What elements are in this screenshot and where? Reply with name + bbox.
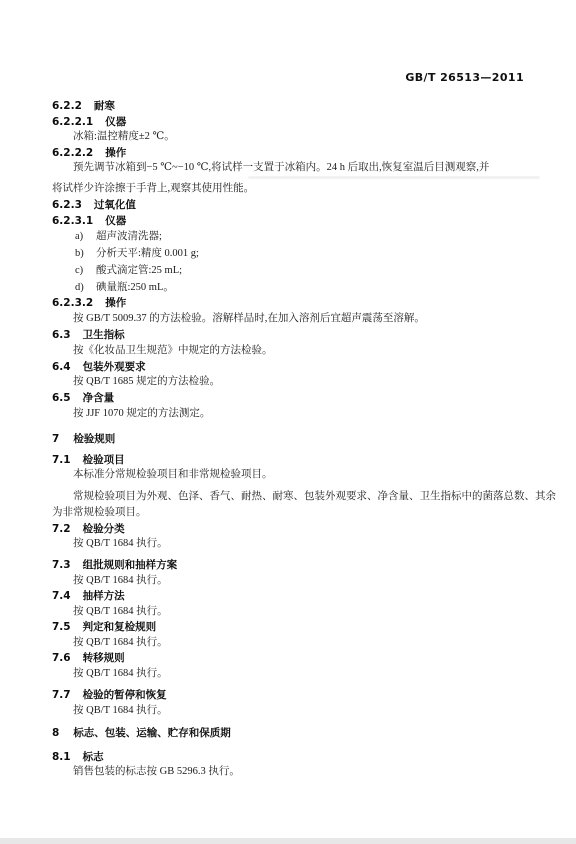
- clause-heading: 6.2.2耐寒: [52, 100, 115, 112]
- clause-heading: 6.2.2.2操作: [52, 147, 126, 159]
- clause-number: 6.2.3: [52, 199, 82, 211]
- paragraph: 按 QB/T 1684 执行。: [73, 538, 168, 550]
- chapter-heading: 7检验规则: [52, 433, 115, 445]
- clause-title: 检验的暂停和恢复: [83, 689, 167, 701]
- paragraph: 冰箱:温控精度±2 ℃。: [73, 131, 175, 143]
- clause-number: 7.7: [52, 689, 71, 701]
- clause-heading: 6.2.2.1仪器: [52, 116, 126, 128]
- list-item-text: 超声波清洗器;: [96, 231, 162, 242]
- paragraph: 按 QB/T 1684 执行。: [73, 575, 168, 587]
- clause-heading: 7.6转移规则: [52, 652, 125, 664]
- clause-number: 7.6: [52, 652, 71, 664]
- clause-heading: 7.1检验项目: [52, 454, 125, 466]
- clause-number: 7: [52, 433, 59, 445]
- clause-title: 抽样方法: [83, 590, 125, 602]
- clause-title: 卫生指标: [83, 329, 125, 341]
- scan-artifact: [248, 176, 540, 179]
- list-marker: d): [75, 282, 96, 294]
- standard-number: GB/T 26513—2011: [405, 71, 524, 84]
- clause-title: 转移规则: [83, 652, 125, 664]
- paragraph: 本标准分常规检验项目和非常规检验项目。: [73, 469, 273, 481]
- clause-heading: 6.4包装外观要求: [52, 361, 146, 373]
- paragraph: 按 QB/T 1684 执行。: [73, 668, 168, 680]
- list-item-text: 碘量瓶:250 mL。: [96, 282, 174, 293]
- paragraph: 按 QB/T 1684 执行。: [73, 705, 168, 717]
- paragraph-continuation: 将试样少许涂擦于手背上,观察其使用性能。: [52, 183, 254, 195]
- clause-title: 过氧化值: [94, 199, 136, 211]
- clause-heading: 6.3卫生指标: [52, 329, 125, 341]
- clause-title: 标志: [83, 751, 104, 763]
- clause-heading: 8.1标志: [52, 751, 104, 763]
- clause-number: 7.3: [52, 559, 71, 571]
- clause-number: 6.5: [52, 392, 71, 404]
- clause-title: 净含量: [83, 392, 115, 404]
- clause-title: 标志、包装、运输、贮存和保质期: [73, 727, 231, 739]
- page-bottom-scan-edge: [0, 838, 576, 844]
- clause-number: 6.2.3.1: [52, 215, 93, 227]
- clause-title: 检验规则: [73, 433, 115, 445]
- clause-heading: 7.7检验的暂停和恢复: [52, 689, 167, 701]
- clause-number: 6.2.2: [52, 100, 82, 112]
- clause-title: 操作: [105, 297, 126, 309]
- paragraph: 按《化妆品卫生规范》中规定的方法检验。: [73, 345, 273, 357]
- list-marker: b): [75, 248, 96, 260]
- chapter-heading: 8标志、包装、运输、贮存和保质期: [52, 727, 231, 739]
- clause-heading: 7.5判定和复检规则: [52, 621, 156, 633]
- clause-heading: 7.3组批规则和抽样方案: [52, 559, 177, 571]
- clause-number: 7.5: [52, 621, 71, 633]
- clause-number: 8: [52, 727, 59, 739]
- clause-title: 耐寒: [94, 100, 115, 112]
- list-item: b)分析天平:精度 0.001 g;: [75, 248, 199, 260]
- clause-number: 6.2.2.1: [52, 116, 93, 128]
- clause-number: 6.4: [52, 361, 71, 373]
- clause-heading: 7.2检验分类: [52, 523, 125, 535]
- clause-title: 包装外观要求: [83, 361, 146, 373]
- clause-heading: 6.2.3.1仪器: [52, 215, 126, 227]
- clause-number: 7.4: [52, 590, 71, 602]
- paragraph: 按 QB/T 1684 执行。: [73, 606, 168, 618]
- clause-heading: 6.2.3过氧化值: [52, 199, 136, 211]
- paragraph: 按 JJF 1070 规定的方法测定。: [73, 408, 210, 420]
- clause-heading: 6.2.3.2操作: [52, 297, 126, 309]
- list-item: c)酸式滴定管:25 mL;: [75, 265, 182, 277]
- paragraph: 按 QB/T 1684 执行。: [73, 637, 168, 649]
- clause-title: 组批规则和抽样方案: [83, 559, 178, 571]
- list-item-text: 酸式滴定管:25 mL;: [96, 265, 182, 276]
- paragraph-continuation: 为非常规检验项目。: [52, 507, 147, 519]
- list-marker: a): [75, 231, 96, 243]
- list-item: d)碘量瓶:250 mL。: [75, 282, 174, 294]
- paragraph: 销售包装的标志按 GB 5296.3 执行。: [73, 766, 240, 778]
- clause-title: 操作: [105, 147, 126, 159]
- clause-number: 6.2.3.2: [52, 297, 93, 309]
- clause-title: 检验项目: [83, 454, 125, 466]
- paragraph: 按 GB/T 5009.37 的方法检验。溶解样品时,在加入溶剂后宜超声震荡至溶…: [73, 313, 425, 325]
- clause-number: 7.2: [52, 523, 71, 535]
- list-item-text: 分析天平:精度 0.001 g;: [96, 248, 199, 259]
- clause-title: 仪器: [105, 215, 126, 227]
- clause-title: 判定和复检规则: [83, 621, 157, 633]
- clause-number: 6.3: [52, 329, 71, 341]
- clause-number: 8.1: [52, 751, 71, 763]
- list-marker: c): [75, 265, 96, 277]
- paragraph: 预先调节冰箱到−5 ℃~−10 ℃,将试样一支置于冰箱内。24 h 后取出,恢复…: [73, 162, 489, 174]
- clause-number: 7.1: [52, 454, 71, 466]
- clause-number: 6.2.2.2: [52, 147, 93, 159]
- clause-title: 仪器: [105, 116, 126, 128]
- clause-heading: 6.5净含量: [52, 392, 114, 404]
- paragraph: 按 QB/T 1685 规定的方法检验。: [73, 376, 220, 388]
- list-item: a)超声波清洗器;: [75, 231, 162, 243]
- document-page: GB/T 26513—2011 6.2.2耐寒6.2.2.1仪器冰箱:温控精度±…: [0, 0, 576, 844]
- paragraph: 常规检验项目为外观、色泽、香气、耐热、耐寒、包装外观要求、净含量、卫生指标中的菌…: [73, 491, 556, 503]
- clause-heading: 7.4抽样方法: [52, 590, 125, 602]
- clause-title: 检验分类: [83, 523, 125, 535]
